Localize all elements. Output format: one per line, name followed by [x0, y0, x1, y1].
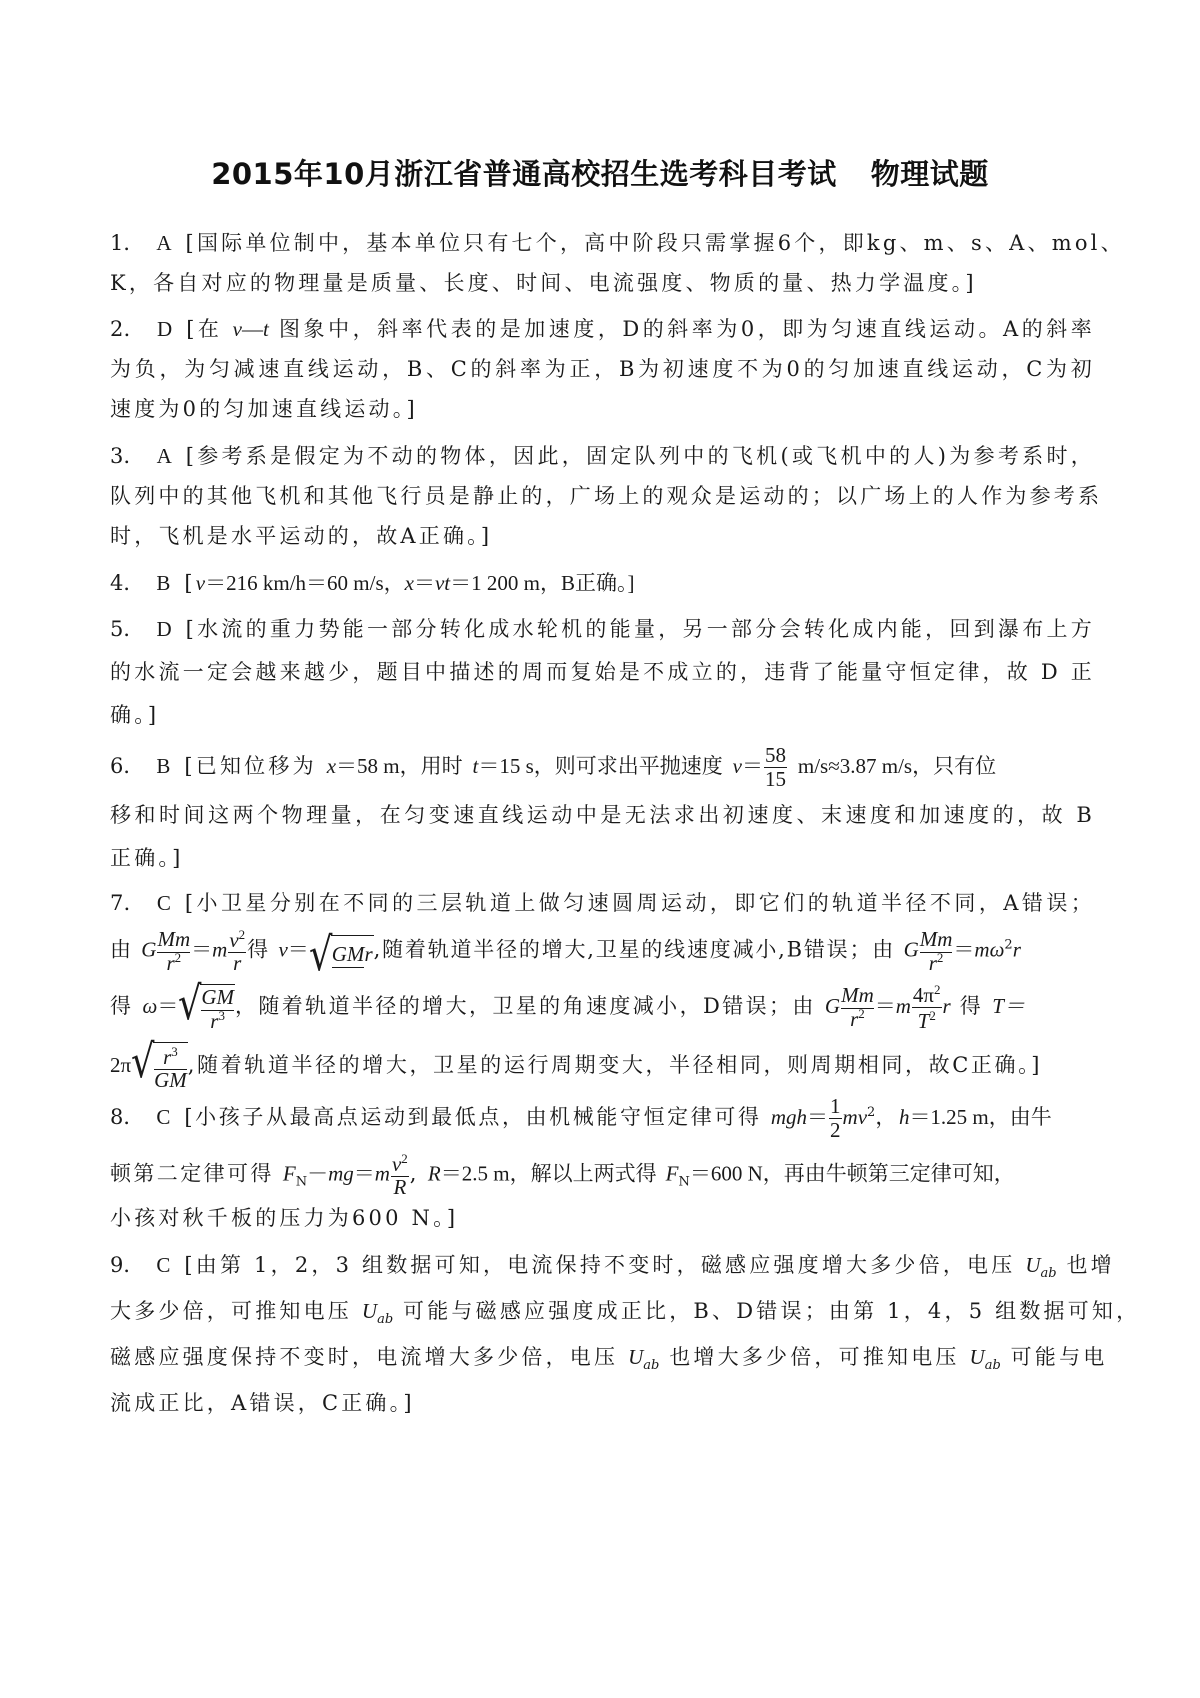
title-subject: 物理试题: [871, 157, 989, 191]
answer-3-line-1: 3．A[参考系是假定为不动的物体，因此，固定队列中的飞机(或飞机中的人)为参考系…: [110, 441, 1095, 471]
fraction-58-15: 5815: [764, 745, 787, 790]
answer-7-line-2: 由 GMmr2＝mv2r得 v＝√GMr,随着轨道半径的增大,卫星的线速度减小,…: [110, 928, 1095, 974]
answer-9-line-1: 9．C[由第 1，2，3 组数据可知，电流保持不变时，磁感应强度增大多少倍，电压…: [110, 1250, 1095, 1289]
answer-9-line-3: 磁感应强度保持不变时，电流增大多少倍，电压 Uab 也增大多少倍，可推知电压 U…: [110, 1342, 1095, 1381]
answer-7-line-4: 2π√r3GM,随着轨道半径的增大，卫星的运行周期变大，半径相同，则周期相同，故…: [110, 1042, 1095, 1091]
answer-8-line-3: 小孩对秋千板的压力为600 N。]: [110, 1203, 1095, 1233]
answer-4-line-1: 4．B[v＝216 km/h＝60 m/s，x＝vt＝1 200 m，B正确。]: [110, 568, 1095, 598]
title-main: 2015年10月浙江省普通高校招生选考科目考试: [211, 157, 837, 191]
answer-7-line-1: 7．C[小卫星分别在不同的三层轨道上做匀速圆周运动，即它们的轨道半径不同，A错误…: [110, 888, 1095, 918]
answer-7-line-3: 得 ω＝√GMr3，随着轨道半径的增大，卫星的角速度减小，D错误；由 GMmr2…: [110, 983, 1095, 1032]
square-root: √GMr3: [178, 984, 235, 1032]
answer-2-line-3: 速度为0的匀加速直线运动。]: [110, 394, 1095, 424]
square-root: √r3GM: [131, 1042, 188, 1091]
answer-9-line-4: 流成正比，A错误，C正确。]: [110, 1388, 1095, 1418]
square-root: √GMr: [309, 935, 374, 968]
answer-3-line-2: 队列中的其他飞机和其他飞行员是静止的，广场上的观众是运动的；以广场上的人作为参考…: [110, 481, 1095, 511]
answer-1-line-2: K，各自对应的物理量是质量、长度、时间、电流强度、物质的量、热力学温度。]: [110, 268, 1095, 298]
page-title: 2015年10月浙江省普通高校招生选考科目考试物理试题: [0, 152, 1200, 193]
answer-5-line-1: 5．D[水流的重力势能一部分转化成水轮机的能量，另一部分会转化成内能，回到瀑布上…: [110, 614, 1095, 644]
answer-1-line-1: 1．A[国际单位制中，基本单位只有七个，高中阶段只需掌握6个，即kg、m、s、A…: [110, 228, 1095, 258]
answer-5-line-2: 的水流一定会越来越少，题目中描述的周而复始是不成立的，违背了能量守恒定律，故 D…: [110, 657, 1095, 687]
answer-2-line-2: 为负，为匀减速直线运动，B、C的斜率为正，B为初速度不为0的匀加速直线运动，C为…: [110, 354, 1095, 384]
answer-5-line-3: 确。]: [110, 700, 1095, 730]
answer-6-line-2: 移和时间这两个物理量，在匀变速直线运动中是无法求出初速度、末速度和加速度的，故 …: [110, 800, 1095, 830]
answer-8-line-1: 8．C[小孩子从最高点运动到最低点，由机械能守恒定律可得 mgh＝12mv2，h…: [110, 1096, 1095, 1141]
answer-9-line-2: 大多少倍，可推知电压 Uab 可能与磁感应强度成正比，B、D错误；由第 1，4，…: [110, 1296, 1095, 1335]
answer-8-line-2: 顿第二定律可得 FN－mg＝mv2R, R＝2.5 m，解以上两式得 FN＝60…: [110, 1152, 1095, 1198]
answer-2-line-1: 2．D[在 v—t 图象中，斜率代表的是加速度，D的斜率为0，即为匀速直线运动。…: [110, 314, 1095, 344]
answer-6-line-3: 正确。]: [110, 843, 1095, 873]
answer-3-line-3: 时，飞机是水平运动的，故A正确。]: [110, 521, 1095, 551]
answer-6-line-1: 6．B[已知位移为 x＝58 m，用时 t＝15 s，则可求出平抛速度 v＝58…: [110, 745, 1095, 790]
